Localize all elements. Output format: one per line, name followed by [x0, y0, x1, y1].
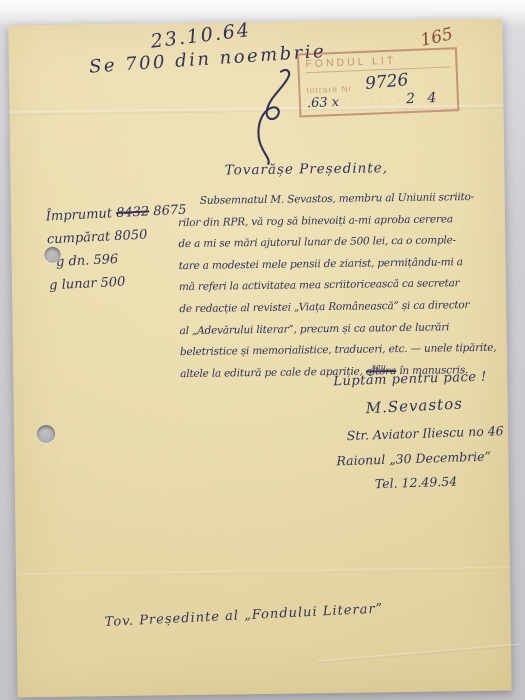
fold-crease: [16, 567, 510, 578]
letter-body: Subsemnatul M. Sevastos, membru al Uniun…: [178, 187, 503, 386]
signature-flourish: [247, 65, 296, 166]
salutation: Tovarășe Președinte,: [206, 160, 406, 179]
recipient-line: Tov. Președinte al „Fondului Literar”: [104, 601, 383, 630]
struck-number: 8432: [116, 204, 150, 221]
registry-stamp: FONDUL LIT Intrare Nr. 9726 .63 x · · · …: [297, 47, 459, 117]
margin-note-text: Împrumut: [45, 206, 116, 224]
punch-hole: [37, 425, 55, 443]
margin-accounting-note: Împrumut 8432 8675 cumpărat 8050 g dn. 5…: [45, 199, 190, 298]
letter-paper: 23.10.64 Se 700 din noembrie 165 FONDUL …: [8, 19, 511, 698]
body-line: de redacție al revistei „Viața Româneasc…: [179, 295, 501, 321]
sender-address: Str. Aviator Iliescu no 46 Raionul „30 D…: [335, 419, 505, 498]
stamp-code: .63 x: [307, 94, 340, 110]
stamp-entry-label: Intrare Nr.: [306, 83, 355, 95]
stamp-code-right: 2 4: [406, 90, 441, 107]
fold-crease: [317, 643, 521, 663]
signature: M.Sevastos: [365, 394, 463, 417]
stamp-entry-number: 9726: [364, 70, 409, 94]
stamp-dotted-line: · · · · · · ·: [343, 95, 402, 106]
